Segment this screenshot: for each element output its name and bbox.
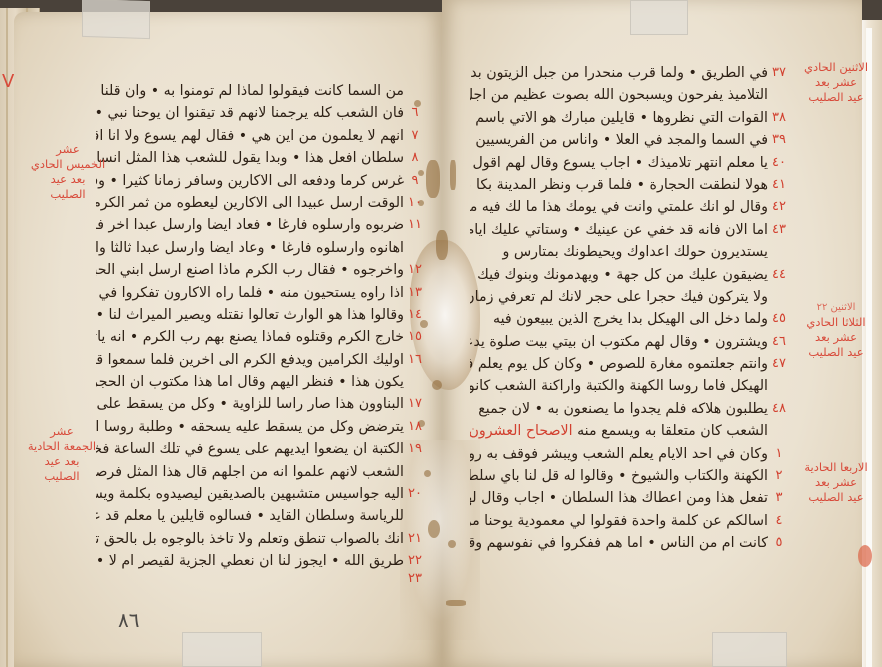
- verse-number: ٤٧: [768, 353, 790, 375]
- line-text: الهيكل فاما روسا الكهنة والكتبة واراكنة …: [470, 375, 768, 397]
- verse-number: ١٣: [404, 282, 426, 304]
- text-line: ٤اسالكم عن كلمة واحدة فقولوا لي معمودية …: [470, 510, 790, 532]
- note-line: عشر بعد: [790, 475, 882, 490]
- ink-drip: [436, 230, 448, 260]
- line-text: وانتم جعلتموه مغارة للصوص • وكان كل يوم …: [470, 353, 768, 375]
- note-line: الاربعا الحادية: [790, 460, 882, 475]
- line-text: التلاميذ يفرحون ويسبحون الله بصوت عظيم م…: [470, 84, 768, 106]
- line-text-main: الشعب كان متعلقا به ويسمع منه: [577, 423, 768, 439]
- line-text: انك بالصواب تنطق وتعلم ولا تاخذ بالوجوه …: [96, 528, 404, 550]
- note-line: عشر بعد: [790, 75, 882, 90]
- text-line: ٤٨يطلبون هلاكه فلم يجدوا ما يصنعون به • …: [470, 398, 790, 420]
- note-line: عشر: [28, 142, 108, 157]
- line-text: من السما كانت فيقولوا لماذا لم تومنوا به…: [96, 80, 404, 102]
- text-line: ٤٦ويشترون • وقال لهم مكتوب ان بيتي بيت ص…: [470, 331, 790, 353]
- right-page-text: ٣٧في الطريق • ولما قرب منحدرا من جبل الز…: [470, 62, 790, 555]
- line-text: وكان في احد الايام يعلم الشعب ويبشر فوقف…: [470, 443, 768, 465]
- edge-line: [6, 8, 8, 667]
- text-line: ٣٩في السما والمجد في العلا • واناس من ال…: [470, 129, 790, 151]
- line-text: اليه جواسيس متشبهين بالصديقين ليصيدوه بك…: [96, 483, 404, 505]
- verse-number: ١٧: [404, 393, 426, 415]
- text-line: ١٦اوليك الكرامين ويدفع الكرم الى اخرين ف…: [96, 349, 426, 371]
- text-line: للرياسة وسلطان القايد • فسالوه قايلين يا…: [96, 505, 426, 527]
- verse-number: ١٤: [404, 304, 426, 326]
- text-line: ٩غرس كرما ودفعه الى الاكارين وسافر زمانا…: [96, 170, 426, 192]
- line-text: يستديرون حولك اعداوك ويحيطونك بمتارس و: [470, 241, 768, 263]
- line-text: اوليك الكرامين ويدفع الكرم الى اخرين فلم…: [96, 349, 404, 371]
- note-line: عيد الصليب: [790, 490, 882, 505]
- line-text: اسالكم عن كلمة واحدة فقولوا لي معمودية ي…: [470, 510, 768, 532]
- text-line: ٢٠اليه جواسيس متشبهين بالصديقين ليصيدوه …: [96, 483, 426, 505]
- note-line: الصليب: [22, 469, 102, 484]
- verse-number: ٤١: [768, 174, 790, 196]
- line-text: البناوون هذا صار راسا للزاوية • وكل من ي…: [96, 393, 404, 415]
- tape-strip: [712, 632, 787, 667]
- ink-spot: [448, 540, 456, 548]
- rubric-note-thursday: عشر الخميس الحادي بعد عيد الصليب: [28, 142, 108, 202]
- line-text: يطلبون هلاكه فلم يجدوا ما يصنعون به • لا…: [470, 398, 768, 420]
- verse-number: ٣٩: [768, 129, 790, 151]
- line-text: هولا لنطقت الحجارة • فلما قرب ونظر المدي…: [470, 174, 768, 196]
- line-text: القوات التي نظروها • قايلين مبارك هو الا…: [470, 107, 768, 129]
- text-line: ولا يتركون فيك حجرا على حجر لانك لم تعرف…: [470, 286, 790, 308]
- text-line: ١٥خارج الكرم وقتلوه فماذا يصنع بهم رب ال…: [96, 326, 426, 348]
- text-line: ٧انهم لا يعلمون من اين هي • فقال لهم يسو…: [96, 125, 426, 147]
- line-text: يضيقون عليك من كل جهة • ويهدمونك وبنوك ف…: [470, 264, 768, 286]
- line-text: يكون هذا • فنظر اليهم وقال اما هذا مكتوب…: [96, 371, 404, 393]
- text-line: ٤٢وقال لو انك علمتي وانت في يومك هذا ما …: [470, 196, 790, 218]
- verse-number: ٤٢: [768, 196, 790, 218]
- verse-number: ٤٠: [768, 152, 790, 174]
- verse-number: ٩: [404, 170, 426, 192]
- verse-number: ١٨: [404, 416, 426, 438]
- text-line: ١٩الكتبة ان يضعوا ايديهم على يسوع في تلك…: [96, 438, 426, 460]
- folio-number: ٨٦: [118, 608, 139, 632]
- text-line: ٢١انك بالصواب تنطق وتعلم ولا تاخذ بالوجو…: [96, 528, 426, 550]
- line-text: يا معلم انتهر تلاميذك • اجاب يسوع وقال ل…: [470, 152, 768, 174]
- text-line: الشعب كان متعلقا به ويسمع منه الاصحاح ال…: [470, 420, 790, 442]
- line-text: اما الان فانه قد خفي عن عينيك • وستاتي ع…: [470, 219, 768, 241]
- tape-strip: [630, 0, 688, 35]
- rubric-note-tuesday: الاثنين ٢٢ الثلاثا الحادي عشر بعد عيد ال…: [790, 300, 882, 360]
- verse-number: ٥: [768, 532, 790, 554]
- line-text: انهم لا يعلمون من اين هي • فقال لهم يسوع…: [96, 125, 404, 147]
- text-line: ٣تفعل هذا ومن اعطاك هذا السلطان • اجاب و…: [470, 487, 790, 509]
- rubric-note-monday: الاثنين الحادي عشر بعد عيد الصليب: [790, 60, 882, 105]
- line-text: وقال لو انك علمتي وانت في يومك هذا ما لك…: [470, 196, 768, 218]
- ink-drip: [446, 600, 466, 606]
- note-line: بعد عيد: [22, 454, 102, 469]
- text-line: ١وكان في احد الايام يعلم الشعب ويبشر فوق…: [470, 443, 790, 465]
- text-line: ٢الكهنة والكتاب والشيوخ • وقالوا له قل ل…: [470, 465, 790, 487]
- text-line: يستديرون حولك اعداوك ويحيطونك بمتارس و: [470, 241, 790, 263]
- text-line: ١٢واخرجوه • فقال رب الكرم ماذا اصنع ارسل…: [96, 259, 426, 281]
- text-line: يكون هذا • فنظر اليهم وقال اما هذا مكتوب…: [96, 371, 426, 393]
- text-line: من السما كانت فيقولوا لماذا لم تومنوا به…: [96, 80, 426, 102]
- text-line: الشعب لانهم علموا انه من اجلهم قال هذا ا…: [96, 461, 426, 483]
- note-line: الاثنين ٢٢: [790, 300, 882, 315]
- line-text: الوقت ارسل عبيدا الى الاكارين ليعطوه من …: [96, 192, 404, 214]
- note-line: عيد الصليب: [790, 345, 882, 360]
- verse-number: ١٢: [404, 259, 426, 281]
- line-text: ضربوه وارسلوه فارغا • فعاد ايضا وارسل عب…: [96, 214, 404, 236]
- book-spread: V من السما كانت فيقولوا لماذا لم تومنوا …: [0, 0, 882, 667]
- verse-number: ٢: [768, 465, 790, 487]
- note-line: عشر: [22, 424, 102, 439]
- line-text: الشعب لانهم علموا انه من اجلهم قال هذا ا…: [96, 461, 404, 483]
- line-text: للرياسة وسلطان القايد • فسالوه قايلين يا…: [96, 505, 404, 527]
- note-line: عشر بعد: [790, 330, 882, 345]
- line-text: خارج الكرم وقتلوه فماذا يصنع بهم رب الكر…: [96, 326, 404, 348]
- verse-number: ٤٣: [768, 219, 790, 241]
- verse-number: ١٥: [404, 326, 426, 348]
- verse-number: ٨: [404, 147, 426, 169]
- rubric-note-friday: عشر الجمعة الحادية بعد عيد الصليب: [22, 424, 102, 484]
- rubric-note-wednesday: الاربعا الحادية عشر بعد عيد الصليب: [790, 460, 882, 505]
- red-spot: [858, 545, 872, 567]
- note-line: عيد الصليب: [790, 90, 882, 105]
- verse-number: ٤٨: [768, 398, 790, 420]
- line-text: ولما دخل الى الهيكل بدا يخرج الذين يبيعو…: [470, 308, 768, 330]
- text-line: ٢٢طريق الله • ايجوز لنا ان نعطي الجزية ل…: [96, 550, 426, 572]
- text-line: ٦فان الشعب كله يرجمنا لانهم قد تيقنوا ان…: [96, 102, 426, 124]
- left-page-text: من السما كانت فيقولوا لماذا لم تومنوا به…: [96, 80, 426, 585]
- edge-mark: V: [2, 71, 14, 92]
- text-line: ٤٠يا معلم انتهر تلاميذك • اجاب يسوع وقال…: [470, 152, 790, 174]
- ink-spot: [428, 520, 440, 538]
- line-text: اهانوه وارسلوه فارغا • وعاد ايضا وارسل ع…: [96, 237, 404, 259]
- text-line: ١٧البناوون هذا صار راسا للزاوية • وكل من…: [96, 393, 426, 415]
- line-text: وقالوا هذا هو الوارث تعالوا نقتله ويصير …: [96, 304, 404, 326]
- verse-number: ٧: [404, 125, 426, 147]
- verse-number: ٤٥: [768, 308, 790, 330]
- text-line: ٣٨القوات التي نظروها • قايلين مبارك هو ا…: [470, 107, 790, 129]
- line-text: طريق الله • ايجوز لنا ان نعطي الجزية لقي…: [96, 550, 404, 572]
- verse-number: ١١: [404, 214, 426, 236]
- ink-drip: [450, 160, 456, 190]
- line-text: كانت ام من الناس • اما هم ففكروا في نفوس…: [470, 532, 768, 554]
- text-line: ٥كانت ام من الناس • اما هم ففكروا في نفو…: [470, 532, 790, 554]
- text-line: ١٨يترضض وكل من يسقط عليه يسحقه • وطلبة ر…: [96, 416, 426, 438]
- text-line: ٨سلطان افعل هذا • وبدا يقول للشعب هذا ال…: [96, 147, 426, 169]
- note-line: الصليب: [28, 187, 108, 202]
- verse-number: ٤٦: [768, 331, 790, 353]
- note-line: بعد عيد: [28, 172, 108, 187]
- text-line: ٣٧في الطريق • ولما قرب منحدرا من جبل الز…: [470, 62, 790, 84]
- line-text: سلطان افعل هذا • وبدا يقول للشعب هذا الم…: [96, 147, 404, 169]
- line-text: يترضض وكل من يسقط عليه يسحقه • وطلبة روس…: [96, 416, 404, 438]
- line-text: ويشترون • وقال لهم مكتوب ان بيتي بيت صلو…: [470, 331, 768, 353]
- line-text: غرس كرما ودفعه الى الاكارين وسافر زمانا …: [96, 170, 404, 192]
- line-text: في السما والمجد في العلا • واناس من الفر…: [470, 129, 768, 151]
- line-text: فان الشعب كله يرجمنا لانهم قد تيقنوا ان …: [96, 102, 404, 124]
- verse-number: ٤٤: [768, 264, 790, 286]
- chapter-heading: الاصحاح العشرون: [470, 423, 573, 439]
- text-line: اهانوه وارسلوه فارغا • وعاد ايضا وارسل ع…: [96, 237, 426, 259]
- verse-number: ١٠: [404, 192, 426, 214]
- ink-drip: [426, 160, 440, 198]
- text-line: التلاميذ يفرحون ويسبحون الله بصوت عظيم م…: [470, 84, 790, 106]
- line-text: الكهنة والكتاب والشيوخ • وقالوا له قل لن…: [470, 465, 768, 487]
- line-text: واخرجوه • فقال رب الكرم ماذا اصنع ارسل ا…: [96, 259, 404, 281]
- text-line: ٤٧وانتم جعلتموه مغارة للصوص • وكان كل يو…: [470, 353, 790, 375]
- ink-spot: [432, 380, 442, 390]
- note-line: الجمعة الحادية: [22, 439, 102, 454]
- verse-number: ١٦: [404, 349, 426, 371]
- note-line: الخميس الحادي: [28, 157, 108, 172]
- verse-number: ٢١: [404, 528, 426, 550]
- text-line: الهيكل فاما روسا الكهنة والكتبة واراكنة …: [470, 375, 790, 397]
- text-line: ٤٣اما الان فانه قد خفي عن عينيك • وستاتي…: [470, 219, 790, 241]
- line-text: الكتبة ان يضعوا ايديهم على يسوع في تلك ا…: [96, 438, 404, 460]
- text-line: ١٠الوقت ارسل عبيدا الى الاكارين ليعطوه م…: [96, 192, 426, 214]
- note-line: الثلاثا الحادي: [790, 315, 882, 330]
- text-line: ١١ضربوه وارسلوه فارغا • فعاد ايضا وارسل …: [96, 214, 426, 236]
- text-line: ١٣اذا راوه يستحيون منه • فلما راه الاكار…: [96, 282, 426, 304]
- line-text: ولا يتركون فيك حجرا على حجر لانك لم تعرف…: [470, 286, 768, 308]
- verse-number: ٣: [768, 487, 790, 509]
- text-line: ٤٤يضيقون عليك من كل جهة • ويهدمونك وبنوك…: [470, 264, 790, 286]
- verse-number: ١: [768, 443, 790, 465]
- verse-number: ٢٣: [404, 573, 426, 585]
- line-text: الشعب كان متعلقا به ويسمع منه الاصحاح ال…: [470, 420, 768, 442]
- verse-number: ٣٧: [768, 62, 790, 84]
- text-line: ٤٥ولما دخل الى الهيكل بدا يخرج الذين يبي…: [470, 308, 790, 330]
- line-text: اذا راوه يستحيون منه • فلما راه الاكارون…: [96, 282, 404, 304]
- note-line: الاثنين الحادي: [790, 60, 882, 75]
- verse-number: ٢٢: [404, 550, 426, 572]
- text-line: ٤١هولا لنطقت الحجارة • فلما قرب ونظر الم…: [470, 174, 790, 196]
- verse-number: ١٩: [404, 438, 426, 460]
- line-text: تفعل هذا ومن اعطاك هذا السلطان • اجاب وق…: [470, 487, 768, 509]
- tape-strip: [182, 632, 262, 667]
- verse-number: ٣٨: [768, 107, 790, 129]
- tape-strip: [82, 0, 150, 39]
- verse-number: ٦: [404, 102, 426, 124]
- text-line: ١٤وقالوا هذا هو الوارث تعالوا نقتله ويصي…: [96, 304, 426, 326]
- verse-number: ٤: [768, 510, 790, 532]
- line-text: في الطريق • ولما قرب منحدرا من جبل الزيت…: [470, 62, 768, 84]
- verse-number: ٢٠: [404, 483, 426, 505]
- text-line: ٢٣: [96, 573, 426, 585]
